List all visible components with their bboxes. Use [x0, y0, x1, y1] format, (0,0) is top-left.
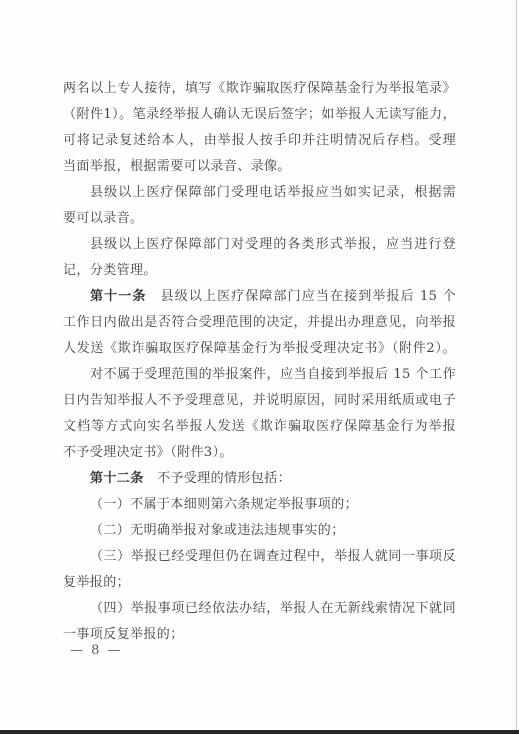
text-line: 第十一条 县级以上医疗保障部门应当在接到举报后 15 个	[63, 284, 456, 310]
text-line: 人发送《欺诈骗取医疗保障基金行为举报受理决定书》（附件2）。	[63, 336, 456, 362]
text-run: 当面举报，根据需要可以录音、录像。	[63, 159, 291, 174]
text-run: 县级以上医疗保障部门应当在接到举报后 15 个	[146, 289, 456, 304]
text-line: （一）不属于本细则第六条规定举报事项的；	[63, 492, 456, 518]
text-line: 第十二条 不予受理的情形包括：	[63, 466, 456, 492]
article-heading: 第十一条	[90, 289, 146, 304]
text-run: （一）不属于本细则第六条规定举报事项的；	[90, 497, 358, 512]
text-run: 日内告知举报人不予受理意见，并说明原因，同时采用纸质或电子	[63, 393, 456, 408]
text-line: （二）无明确举报对象或违法违规事实的；	[63, 518, 456, 544]
text-line: 记，分类管理。	[63, 258, 456, 284]
text-line: 文档等方式向实名举报人发送《欺诈骗取医疗保障基金行为举报	[63, 414, 456, 440]
text-run: 不予受理决定书》（附件3）。	[63, 445, 233, 460]
text-line: 两名以上专人接待，填写《欺诈骗取医疗保障基金行为举报笔录》	[63, 76, 456, 102]
text-line: 要可以录音。	[63, 206, 456, 232]
text-run: 工作日内做出是否符合受理范围的决定，并提出办理意见，向举报	[63, 315, 456, 330]
text-run: （三）举报已经受理但仍在调查过程中，举报人就同一事项反	[90, 549, 456, 564]
text-run: 县级以上医疗保障部门对受理的各类形式举报，应当进行登	[90, 237, 456, 252]
text-run: 复举报的；	[63, 575, 130, 590]
document-body: 两名以上专人接待，填写《欺诈骗取医疗保障基金行为举报笔录》（附件1）。笔录经举报…	[63, 76, 456, 648]
text-run: （附件1）。笔录经举报人确认无误后签字；如举报人无读写能力，	[63, 107, 456, 122]
text-line: 复举报的；	[63, 570, 456, 596]
text-run: 记，分类管理。	[63, 263, 157, 278]
text-line: 县级以上医疗保障部门受理电话举报应当如实记录，根据需	[63, 180, 456, 206]
text-run: 不予受理的情形包括：	[144, 471, 291, 486]
text-run: （四）举报事项已经依法办结，举报人在无新线索情况下就同	[90, 601, 456, 616]
page-number: — 8 —	[70, 642, 123, 660]
article-heading: 第十二条	[90, 471, 144, 486]
text-line: （四）举报事项已经依法办结，举报人在无新线索情况下就同	[63, 596, 456, 622]
text-run: 两名以上专人接待，填写《欺诈骗取医疗保障基金行为举报笔录》	[63, 81, 456, 96]
text-run: （二）无明确举报对象或违法违规事实的；	[90, 523, 345, 538]
text-run: 县级以上医疗保障部门受理电话举报应当如实记录，根据需	[90, 185, 456, 200]
text-run: 要可以录音。	[63, 211, 143, 226]
text-run: 人发送《欺诈骗取医疗保障基金行为举报受理决定书》（附件2）。	[63, 341, 456, 356]
text-line: 县级以上医疗保障部门对受理的各类形式举报，应当进行登	[63, 232, 456, 258]
text-line: 日内告知举报人不予受理意见，并说明原因，同时采用纸质或电子	[63, 388, 456, 414]
text-line: （附件1）。笔录经举报人确认无误后签字；如举报人无读写能力，	[63, 102, 456, 128]
text-line: 不予受理决定书》（附件3）。	[63, 440, 456, 466]
text-line: 当面举报，根据需要可以录音、录像。	[63, 154, 456, 180]
text-run: 对不属于受理范围的举报案件，应当自接到举报后 15 个工作	[90, 367, 456, 382]
text-run: 一事项反复举报的；	[63, 627, 184, 642]
document-page: 两名以上专人接待，填写《欺诈骗取医疗保障基金行为举报笔录》（附件1）。笔录经举报…	[0, 0, 519, 734]
text-line: 工作日内做出是否符合受理范围的决定，并提出办理意见，向举报	[63, 310, 456, 336]
scan-edge-line	[516, 0, 517, 734]
text-run: 文档等方式向实名举报人发送《欺诈骗取医疗保障基金行为举报	[63, 419, 456, 434]
text-line: 可将记录复述给本人，由举报人按手印并注明情况后存档。受理	[63, 128, 456, 154]
text-line: （三）举报已经受理但仍在调查过程中，举报人就同一事项反	[63, 544, 456, 570]
text-run: 可将记录复述给本人，由举报人按手印并注明情况后存档。受理	[63, 133, 456, 148]
scan-bottom-band	[0, 730, 519, 734]
text-line: 对不属于受理范围的举报案件，应当自接到举报后 15 个工作	[63, 362, 456, 388]
